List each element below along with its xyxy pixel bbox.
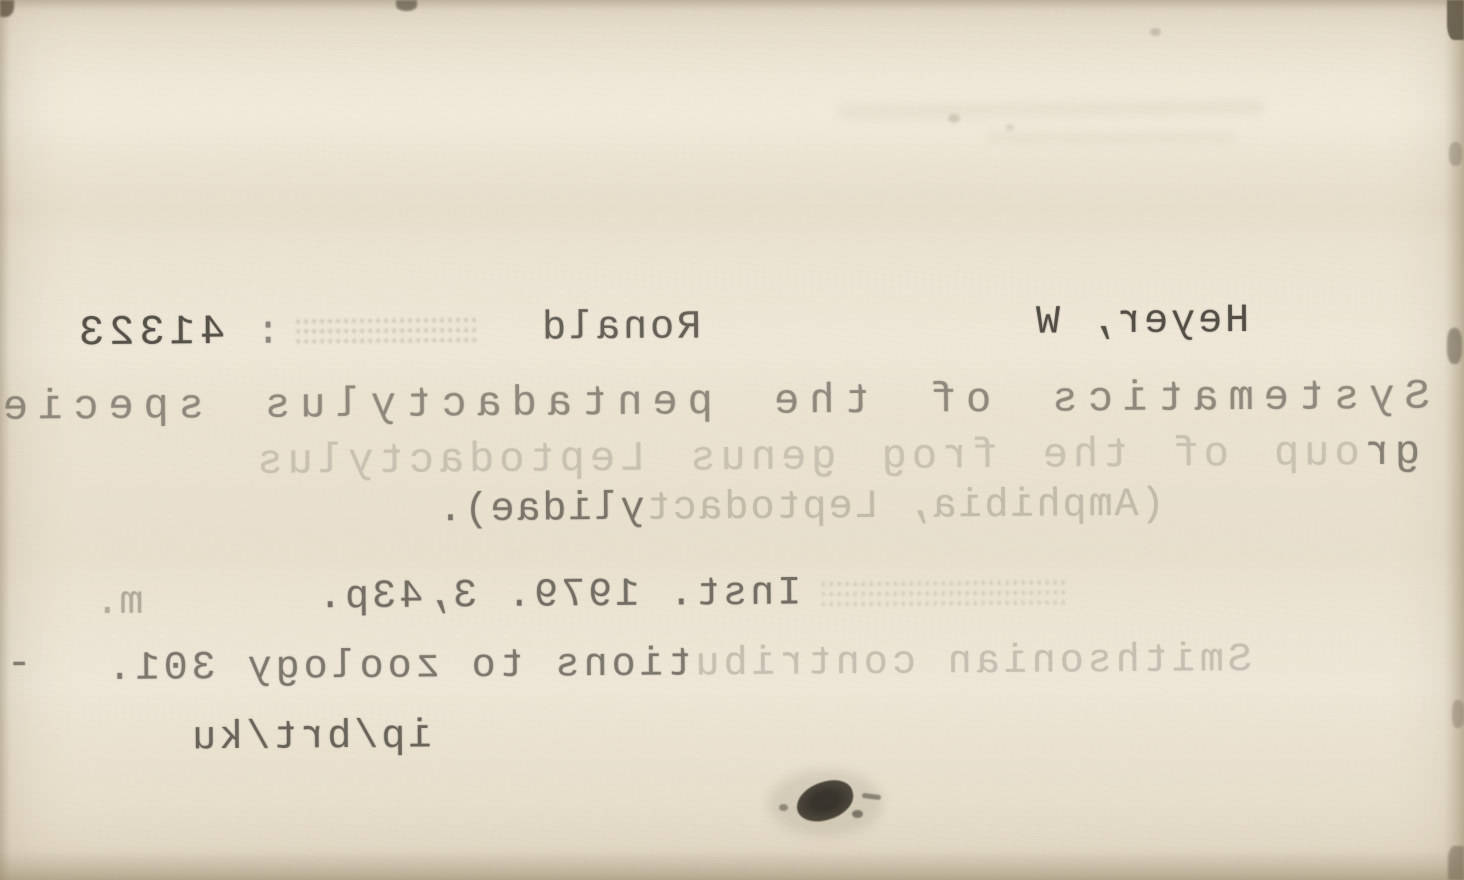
imprint-trailing-mark: m. (95, 581, 143, 626)
series-edge-dash: - (6, 640, 32, 688)
series-faint-start: Smithsonian contribu (692, 638, 1252, 687)
illegible-imprint-smudge (822, 577, 1067, 607)
accession-number: 41323 (74, 308, 225, 357)
heading-colon: : (256, 311, 280, 356)
author-surname: Heyer, W (1033, 299, 1249, 346)
typescript-tilt-wrapper: Heyer, W Ronald : 41323 Systematics of t… (0, 0, 1464, 880)
typist-initials: ip/brt/ku (189, 714, 432, 761)
title-line-2-start: gr (1360, 429, 1421, 477)
title-line-3-faint: (Amphibia, Leptodact (644, 483, 1164, 532)
illegible-call-number-smudge (293, 315, 478, 348)
author-forename: Ronald (539, 305, 701, 351)
title-line-3: (Amphibia, Leptodactylidae). (436, 483, 1164, 534)
imprint-text: Inst. 1979. 3,43p. (315, 571, 801, 620)
series-clear-end: tions to zoology 301. (103, 642, 691, 692)
title-line-3-clear: ylidae). (436, 487, 644, 534)
series-statement: Smithsonian contributions to zoology 301… (103, 638, 1251, 692)
mirrored-typescript-layer: Heyer, W Ronald : 41323 Systematics of t… (0, 0, 1464, 880)
title-line-2: group of the frog genus Leptodactylus (252, 429, 1420, 486)
title-line-1: Systematics of the pentadactylus species (0, 373, 1430, 433)
scanned-catalog-card-verso: Heyer, W Ronald : 41323 Systematics of t… (0, 0, 1464, 880)
title-line-2-rest: oup of the frog genus Leptodactylus (252, 429, 1359, 486)
